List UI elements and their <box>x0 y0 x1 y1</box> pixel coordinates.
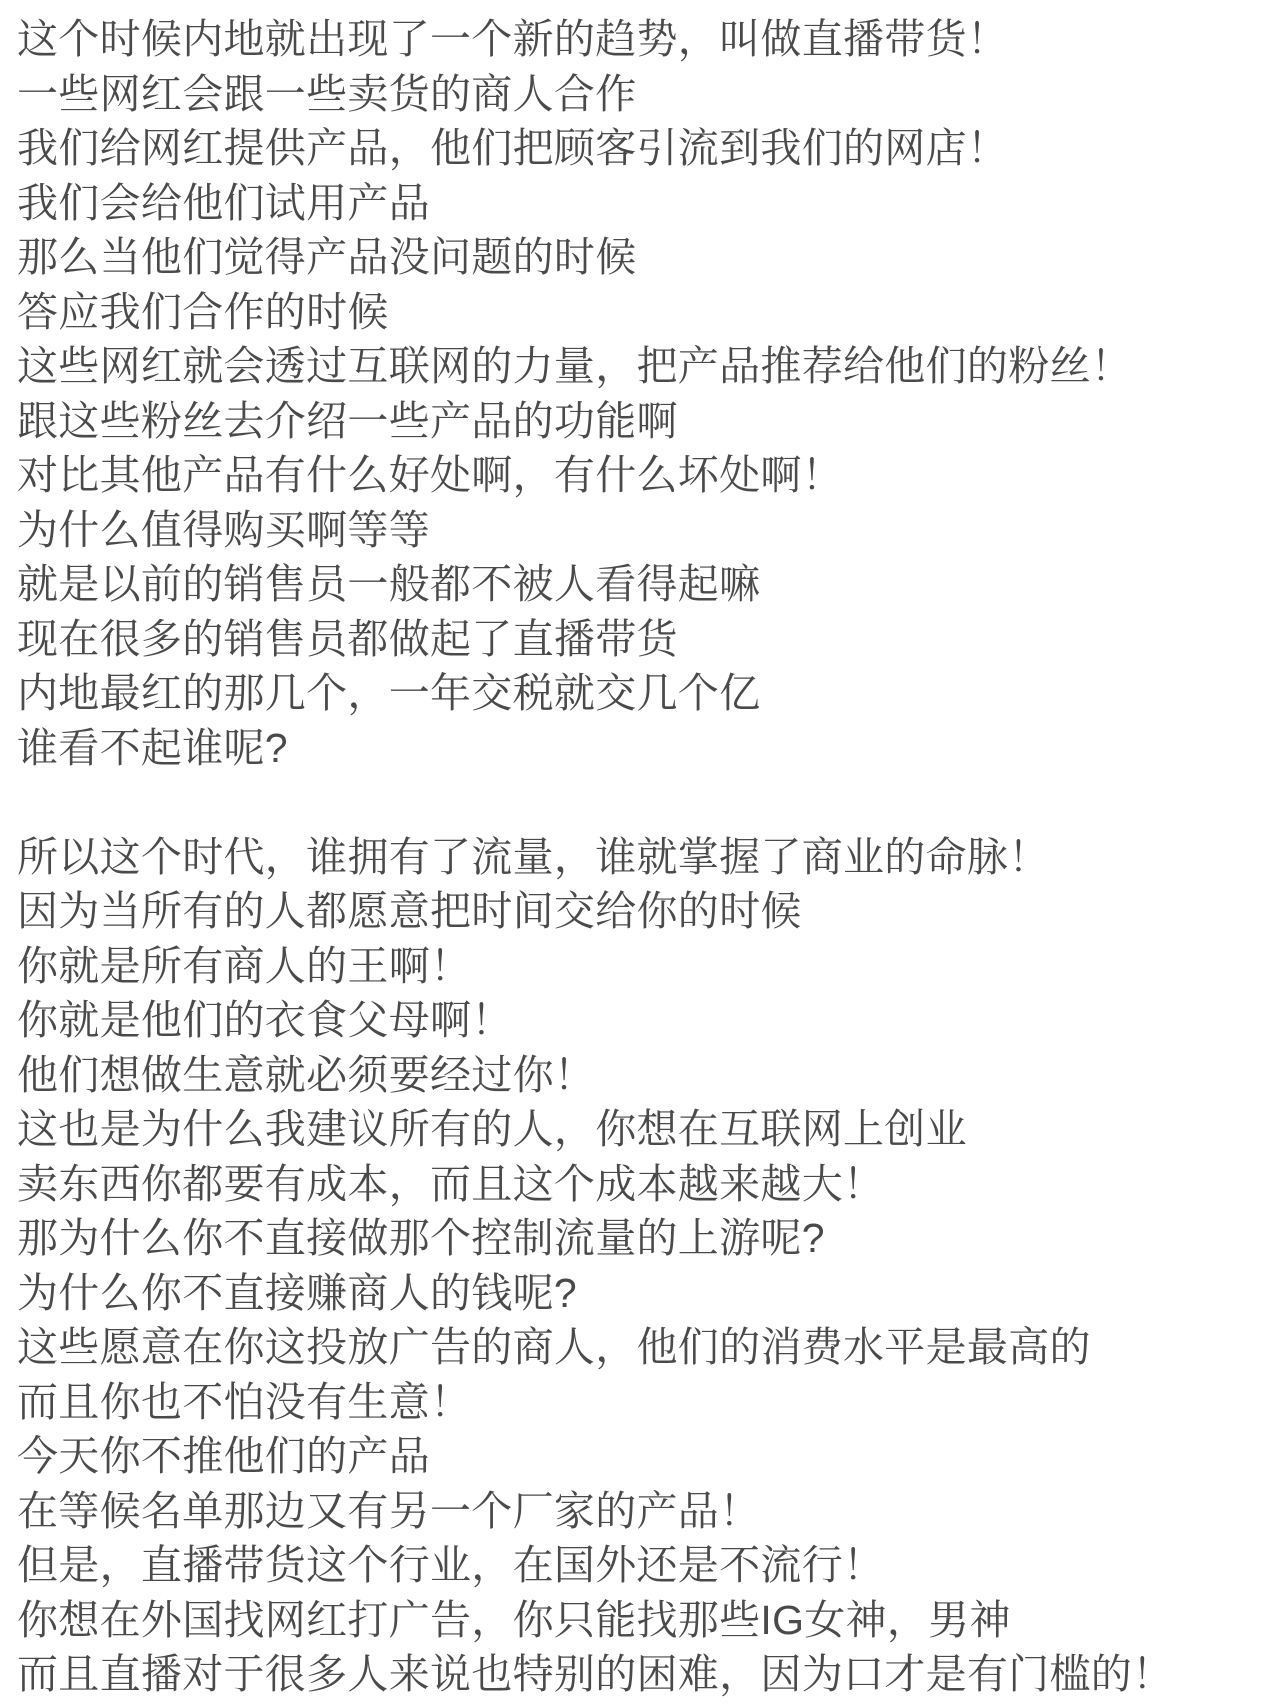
text-line: 对比其他产品有什么好处啊，有什么坏处啊！ <box>17 448 1270 503</box>
text-line: 卖东西你都要有成本，而且这个成本越来越大！ <box>17 1157 1270 1212</box>
text-line: 所以这个时代，谁拥有了流量，谁就掌握了商业的命脉！ <box>17 830 1270 885</box>
text-line: 你想在外国找网红打广告，你只能找那些IG女神，男神 <box>17 1593 1270 1648</box>
text-line: 这些网红就会透过互联网的力量，把产品推荐给他们的粉丝！ <box>17 339 1270 394</box>
text-line: 而且你也不怕没有生意！ <box>17 1375 1270 1430</box>
text-line: 一些网红会跟一些卖货的商人合作 <box>17 67 1270 122</box>
text-line: 我们会给他们试用产品 <box>17 176 1270 231</box>
text-line: 而且直播对于很多人来说也特别的困难，因为口才是有门槛的！ <box>17 1647 1270 1702</box>
transcript-page: 这个时候内地就出现了一个新的趋势，叫做直播带货！一些网红会跟一些卖货的商人合作我… <box>0 0 1280 1706</box>
text-line: 为什么你不直接赚商人的钱呢? <box>17 1266 1270 1321</box>
text-line: 内地最红的那几个，一年交税就交几个亿 <box>17 666 1270 721</box>
text-line: 跟这些粉丝去介绍一些产品的功能啊 <box>17 394 1270 449</box>
text-line: 现在很多的销售员都做起了直播带货 <box>17 612 1270 667</box>
text-line: 为什么值得购买啊等等 <box>17 503 1270 558</box>
transcript-lines: 这个时候内地就出现了一个新的趋势，叫做直播带货！一些网红会跟一些卖货的商人合作我… <box>17 12 1270 1702</box>
text-line: 我们给网红提供产品，他们把顾客引流到我们的网店！ <box>17 121 1270 176</box>
text-line: 今天你不推他们的产品 <box>17 1429 1270 1484</box>
blank-line <box>17 775 1270 830</box>
text-line: 但是，直播带货这个行业，在国外还是不流行！ <box>17 1538 1270 1593</box>
text-line: 你就是所有商人的王啊！ <box>17 939 1270 994</box>
text-line: 因为当所有的人都愿意把时间交给你的时候 <box>17 884 1270 939</box>
text-line: 答应我们合作的时候 <box>17 285 1270 340</box>
text-line: 你就是他们的衣食父母啊！ <box>17 993 1270 1048</box>
text-line: 那为什么你不直接做那个控制流量的上游呢? <box>17 1211 1270 1266</box>
text-line: 谁看不起谁呢? <box>17 721 1270 776</box>
text-line: 他们想做生意就必须要经过你！ <box>17 1048 1270 1103</box>
text-line: 就是以前的销售员一般都不被人看得起嘛 <box>17 557 1270 612</box>
text-line: 这也是为什么我建议所有的人，你想在互联网上创业 <box>17 1102 1270 1157</box>
text-line: 这些愿意在你这投放广告的商人，他们的消费水平是最高的 <box>17 1320 1270 1375</box>
text-line: 这个时候内地就出现了一个新的趋势，叫做直播带货！ <box>17 12 1270 67</box>
text-line: 在等候名单那边又有另一个厂家的产品！ <box>17 1484 1270 1539</box>
text-line: 那么当他们觉得产品没问题的时候 <box>17 230 1270 285</box>
